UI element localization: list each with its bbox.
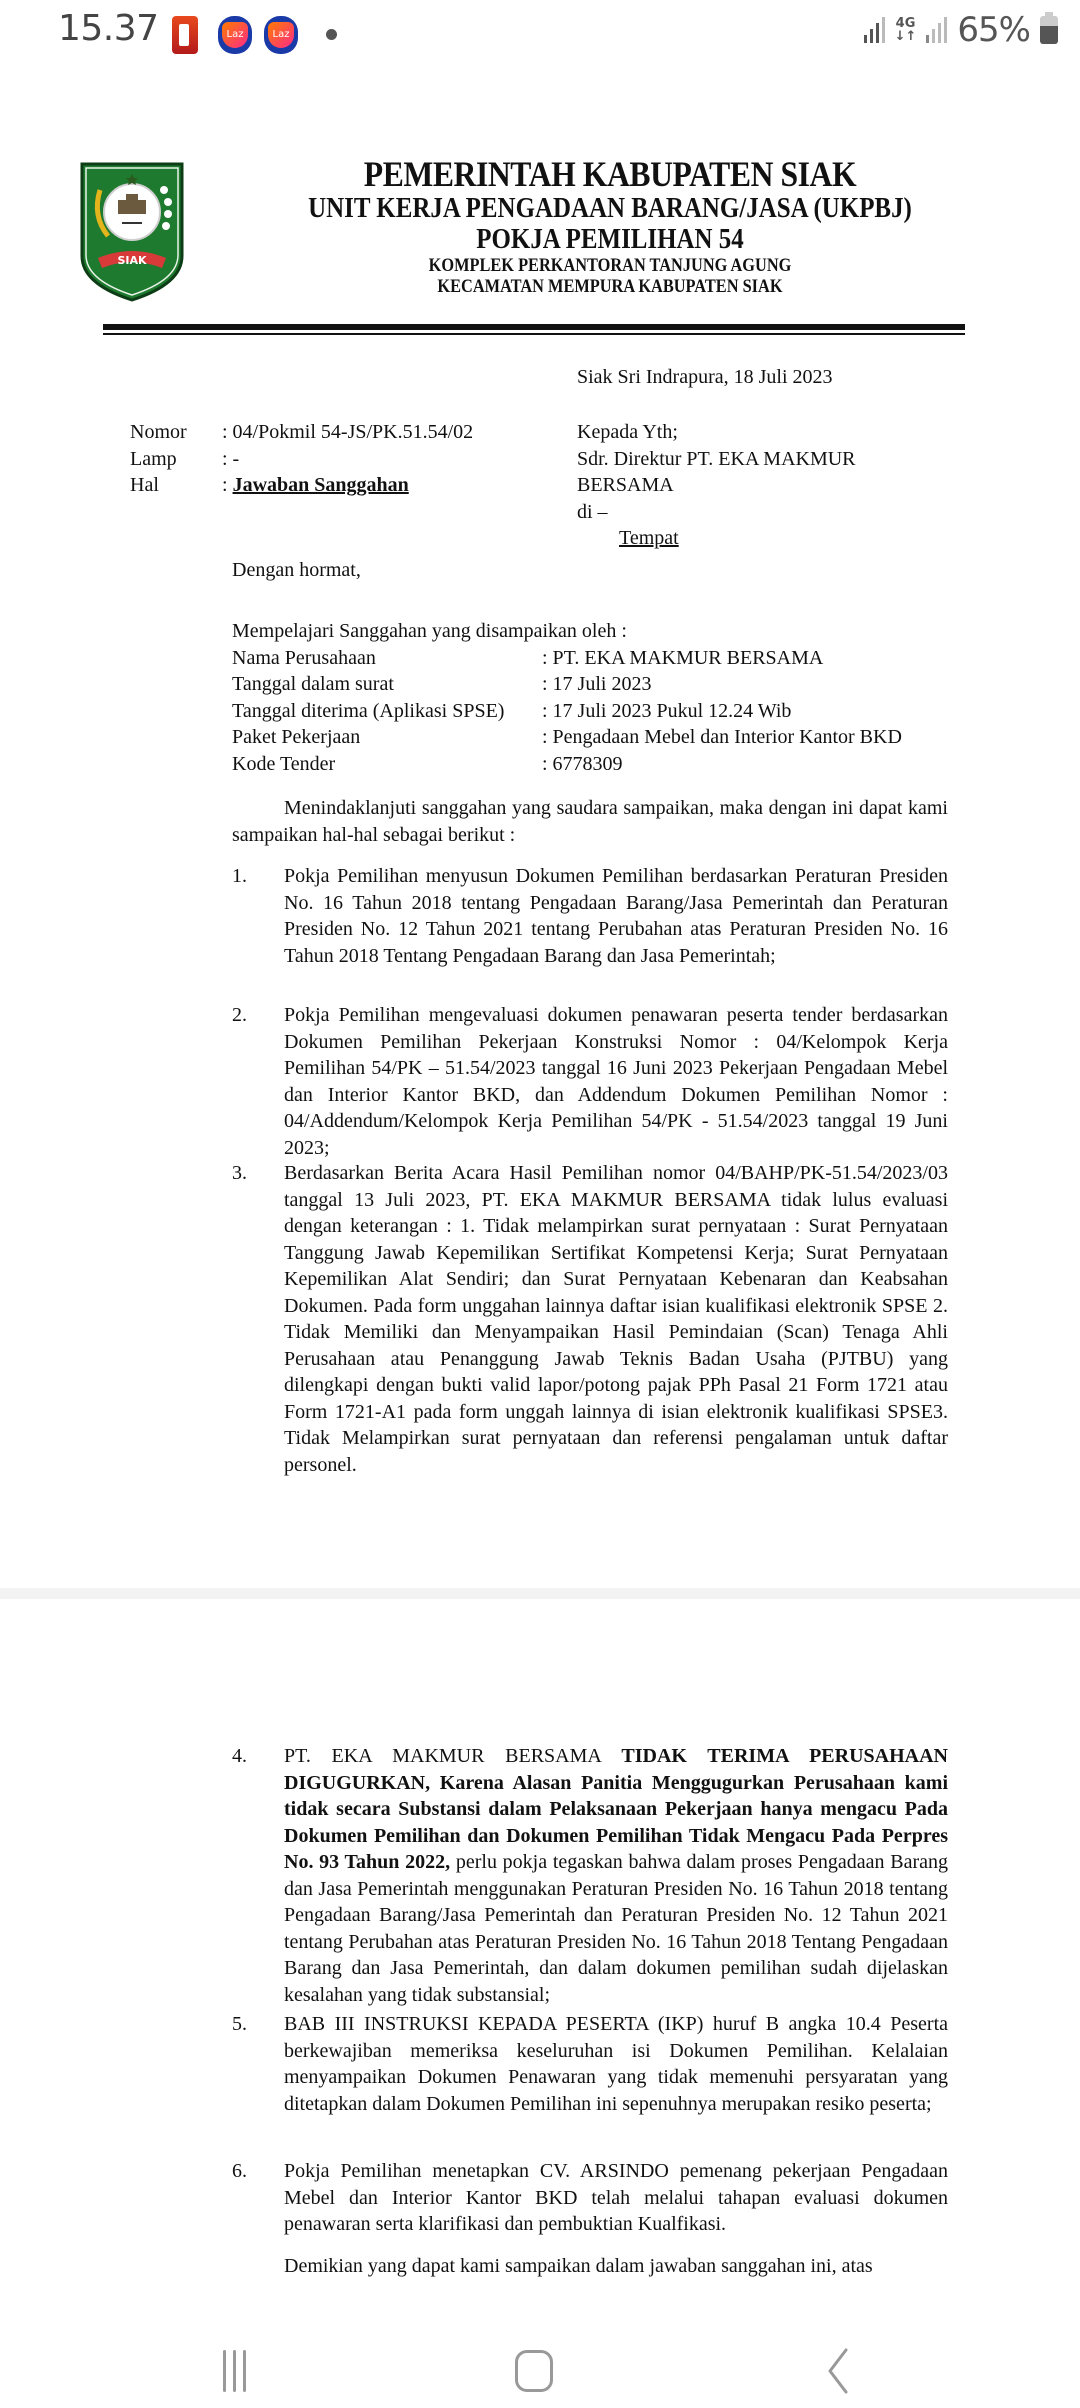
info-row: Nama Perusahaan: PT. EKA MAKMUR BERSAMA <box>232 645 902 672</box>
info-row: Tanggal dalam surat: 17 Juli 2023 <box>232 671 902 698</box>
info-row: Tanggal diterima (Aplikasi SPSE): 17 Jul… <box>232 698 902 725</box>
meta-attachment: Lamp: - <box>130 446 473 473</box>
meta-subject: Hal: Jawaban Sanggahan <box>130 472 473 499</box>
letterhead-address-1: KOMPLEK PERKANTORAN TANJUNG AGUNG <box>249 256 971 275</box>
page-break <box>0 1588 1080 1599</box>
battery-percent: 65% <box>957 10 1030 50</box>
letterhead-unit: UNIT KERJA PENGADAAN BARANG/JASA (UKPBJ) <box>249 194 971 223</box>
signal-icon <box>864 17 885 43</box>
letterhead-divider-thin <box>103 333 965 335</box>
place-date: Siak Sri Indrapura, 18 Juli 2023 <box>577 364 833 391</box>
letterhead-pokja: POKJA PEMILIHAN 54 <box>249 225 971 254</box>
recent-apps-button[interactable] <box>214 2350 254 2394</box>
closing-paragraph: Demikian yang dapat kami sampaikan dalam… <box>284 2253 948 2277</box>
network-type-icon: 4G↓↑ <box>895 17 917 43</box>
letterhead-divider <box>103 324 965 330</box>
info-row: Paket Pekerjaan: Pengadaan Mebel dan Int… <box>232 724 902 751</box>
signal-2-icon <box>926 17 947 43</box>
list-item: 4.PT. EKA MAKMUR BERSAMA TIDAK TERIMA PE… <box>232 1743 948 2008</box>
status-bar: 15.37 Laz Laz 4G↓↑ 65% <box>0 0 1080 70</box>
meta-number: Nomor: 04/Pokmil 54-JS/PK.51.54/02 <box>130 419 473 446</box>
list-item: 1.Pokja Pemilihan menyusun Dokumen Pemil… <box>232 863 948 969</box>
list-item: 2.Pokja Pemilihan mengevaluasi dokumen p… <box>232 1002 948 1161</box>
subject: Jawaban Sanggahan <box>233 472 409 499</box>
followup-paragraph: Menindaklanjuti sanggahan yang saudara s… <box>232 795 948 848</box>
recipient: Kepada Yth; Sdr. Direktur PT. EKA MAKMUR… <box>577 419 856 552</box>
battery-icon <box>1040 16 1058 44</box>
navigation-bar <box>0 2310 1080 2408</box>
letter-meta: Nomor: 04/Pokmil 54-JS/PK.51.54/02 Lamp:… <box>130 419 473 499</box>
home-button[interactable] <box>515 2350 553 2392</box>
list-item: 6.Pokja Pemilihan menetapkan CV. ARSINDO… <box>232 2158 948 2238</box>
office-icon <box>172 16 198 54</box>
svg-text:SIAK: SIAK <box>117 254 147 267</box>
objection-info: Mempelajari Sanggahan yang disampaikan o… <box>232 618 902 777</box>
lazada-icon: Laz <box>218 16 252 54</box>
back-button[interactable] <box>826 2348 850 2394</box>
info-row: Kode Tender: 6778309 <box>232 751 902 778</box>
letterhead: PEMERINTAH KABUPATEN SIAK UNIT KERJA PEN… <box>190 156 1030 296</box>
siak-regency-emblem-icon: SIAK <box>76 156 188 302</box>
more-notifications-dot-icon <box>326 29 337 40</box>
status-indicators: 4G↓↑ 65% <box>864 10 1058 50</box>
letterhead-address-2: KECAMATAN MEMPURA KABUPATEN SIAK <box>249 277 971 296</box>
list-item: 3.Berdasarkan Berita Acara Hasil Pemilih… <box>232 1160 948 1478</box>
letterhead-government: PEMERINTAH KABUPATEN SIAK <box>240 156 979 192</box>
lazada-icon: Laz <box>264 16 298 54</box>
list-item: 5.BAB III INSTRUKSI KEPADA PESERTA (IKP)… <box>232 2011 948 2117</box>
clock: 15.37 <box>58 8 159 49</box>
salutation: Dengan hormat, <box>232 557 361 584</box>
